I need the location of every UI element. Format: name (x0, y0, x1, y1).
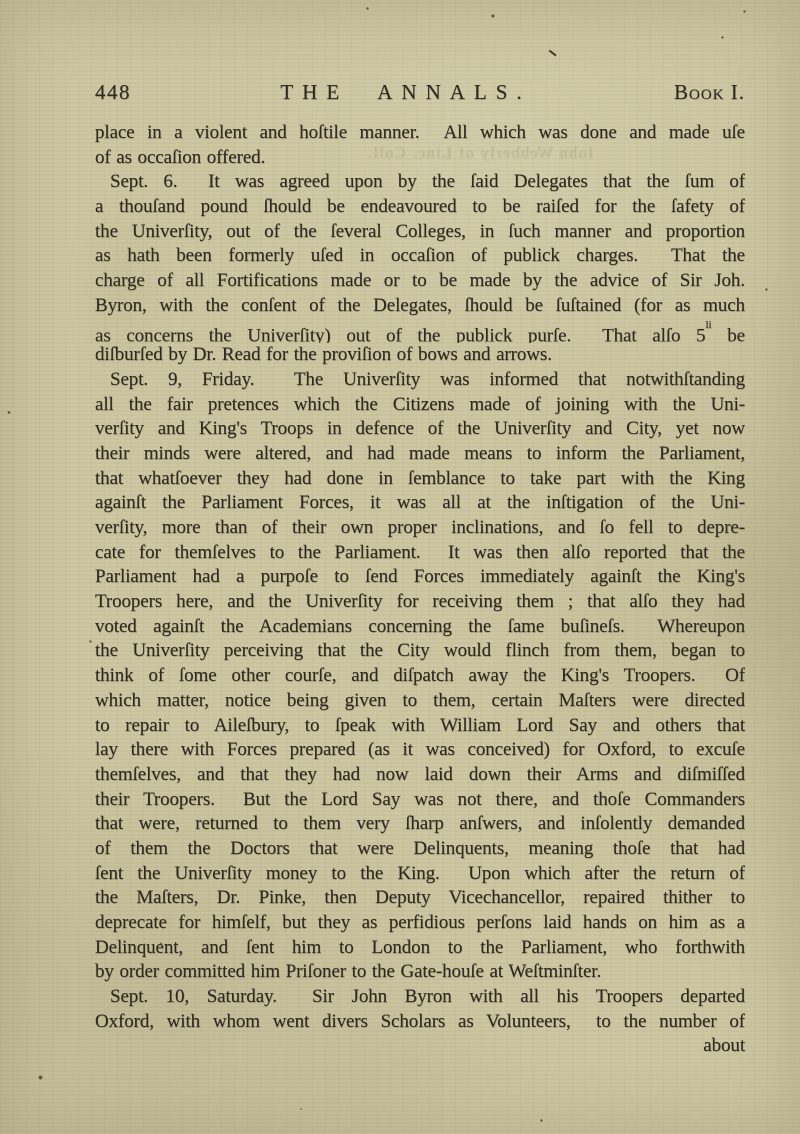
ink-speck (38, 1075, 43, 1080)
text-line: Sept. 6. It was agreed upon by the ſaid … (95, 170, 745, 195)
running-title: THE ANNALS. (280, 80, 530, 104)
text-line: that whatſoever they had done in ſemblan… (95, 467, 745, 492)
page-number: 448 (95, 80, 131, 104)
ink-speck (7, 411, 11, 414)
text-line: lay there with Forces prepared (as it wa… (95, 738, 745, 763)
text-line: againſt the Parliament Forces, it was al… (95, 491, 745, 516)
text-line: Byron, with the conſent of the Delegates… (95, 294, 745, 319)
text-line: verſity and King's Troops in defence of … (95, 417, 745, 442)
text-line: that were, returned to them very ſharp a… (95, 812, 745, 837)
ink-speck (366, 7, 369, 10)
text-line: the Univerſity, out of the ſeveral Colle… (95, 220, 745, 245)
text-line: the Maſters, Dr. Pinke, then Deputy Vice… (95, 886, 745, 911)
text-line: Troopers here, and the Univerſity for re… (95, 590, 745, 615)
text-line: themſelves, and that they had now laid d… (95, 763, 745, 788)
text-line: as concerns the Univerſity) out of the p… (95, 319, 745, 344)
ink-speck (743, 10, 746, 13)
text-line: Oxford, with whom went divers Scholars a… (95, 1010, 745, 1035)
text-line: to repair to Aileſbury, to ſpeak with Wi… (95, 714, 745, 739)
text-line: Parliament had a purpoſe to ſend Forces … (95, 565, 745, 590)
ink-speck (160, 942, 162, 945)
book-page: 448 THE ANNALS. Book I. Iohn Webberly of… (0, 0, 800, 1134)
text-line: their Troopers. But the Lord Say was not… (95, 788, 745, 813)
text-line: Sept. 9, Friday. The Univerſity was info… (95, 368, 745, 393)
text-line: of as occaſion offered. (95, 146, 745, 171)
text-line: as hath been formerly uſed in occaſion o… (95, 244, 745, 269)
text-line: verſity, more than of their own proper i… (95, 516, 745, 541)
body-text: place in a violent and hoſtile manner. A… (95, 121, 745, 1059)
page-header: 448 THE ANNALS. Book I. (95, 80, 745, 104)
text-line: Delinquent, and ſent him to London to th… (95, 936, 745, 961)
ink-speck (89, 640, 92, 643)
text-line: charge of all Fortifications made or to … (95, 269, 745, 294)
catchword: about (95, 1034, 745, 1059)
text-line: deprecate for himſelf, but they as perfi… (95, 911, 745, 936)
ink-speck (300, 1108, 302, 1110)
text-line: by order committed him Priſoner to the G… (95, 960, 745, 985)
ink-speck (540, 1119, 543, 1122)
book-label: Book I. (674, 80, 745, 104)
text-line: of them the Doctors that were Delinquent… (95, 837, 745, 862)
text-line: cate for themſelves to the Parliament. I… (95, 541, 745, 566)
text-line: the Univerſity perceiving that the City … (95, 639, 745, 664)
ink-speck (491, 14, 495, 18)
text-line: all the fair pretences which the Citizen… (95, 393, 745, 418)
text-line: diſburſed by Dr. Read for the proviſion … (95, 343, 745, 368)
text-line: voted againſt the Academians concerning … (95, 615, 745, 640)
text-line: place in a violent and hoſtile manner. A… (95, 121, 745, 146)
text-line: their minds were altered, and had made m… (95, 442, 745, 467)
text-line: which matter, notice being given to them… (95, 689, 745, 714)
text-line: a thouſand pound ſhould be endeavoured t… (95, 195, 745, 220)
text-line: ſent the Univerſity money to the King. U… (95, 862, 745, 887)
text-line: think of ſome other courſe, and diſpatch… (95, 664, 745, 689)
ink-stray-mark (548, 49, 557, 56)
ink-speck (765, 288, 768, 291)
ink-speck (721, 36, 724, 39)
text-line: Sept. 10, Saturday. Sir John Byron with … (95, 985, 745, 1010)
